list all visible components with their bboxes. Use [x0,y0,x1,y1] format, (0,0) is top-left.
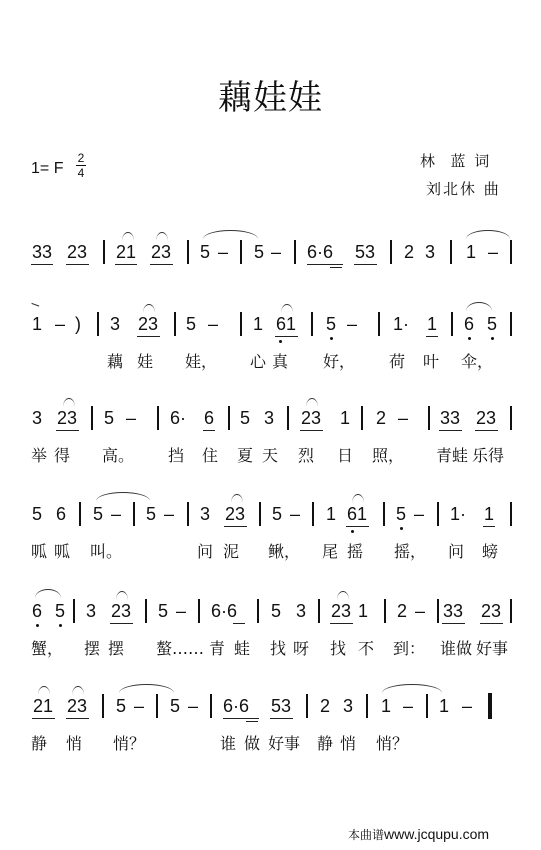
barline [426,694,428,718]
note: 5 [170,696,180,716]
dash: – [164,504,174,524]
lyric: 螯…… [156,636,204,659]
lyric: 举 [31,443,47,466]
dash: – [290,504,300,524]
barline [145,599,147,623]
lyric: 悄？ [376,731,408,754]
barline [384,599,386,623]
lyric: 悄？ [113,731,145,754]
slur [122,232,134,241]
underline [275,336,298,337]
note: 1 [466,242,476,262]
note: 1 [439,696,449,716]
lyric: 荷 [389,349,405,372]
lyric: 高。 [102,443,134,466]
barline [79,502,81,526]
lower-octave-dot [468,337,471,340]
note: 3 [343,696,353,716]
lyric: 青 [209,636,225,659]
barline [311,312,313,336]
note: 1 [340,408,350,428]
lower-octave-dot [36,624,39,627]
lyric: 叫。 [90,539,122,562]
lower-octave-dot [279,340,282,343]
lyric: 娃， [185,349,217,372]
underline [224,526,247,527]
watermark-label: 本曲谱 [348,828,384,842]
barline [318,599,320,623]
barline [198,599,200,623]
lyric: 悄 [340,731,356,754]
lyric: 呱 [31,539,47,562]
barline [103,240,105,264]
slur [156,232,168,241]
dash: – [218,242,228,262]
lyric: 得 [54,443,70,466]
note: 5 [32,504,42,524]
barline [157,406,159,430]
dash: – [415,601,425,621]
barline [306,694,308,718]
barline [510,406,512,430]
barline [240,312,242,336]
barline [287,406,289,430]
dash: – [176,601,186,621]
note: 5 [158,601,168,621]
barline [437,599,439,623]
note: 2 [397,601,407,621]
lyric: 摇 [347,539,363,562]
lyric: 呱 [54,539,70,562]
note: 23 [138,314,158,334]
note: 3 [110,314,120,334]
score-row-2: 1 – ) 3 23 5 – 1 61 5 – 1· 1 6 5 藕 娃 娃， … [0,314,541,404]
note: 6·6 [223,696,249,716]
note: 5 [396,504,406,524]
note: 6·6 [307,242,333,262]
note: 23 [67,242,87,262]
lyric: 蛙 [234,636,250,659]
barline [510,599,512,623]
lyric: 娃 [137,349,153,372]
note: 6· [170,408,186,428]
note: 5 [240,408,250,428]
underline [66,718,89,719]
note: 23 [301,408,321,428]
note: 5 [146,504,156,524]
note: 5 [272,504,282,524]
lyric: 找 [270,636,286,659]
barline [187,502,189,526]
note: 6 [56,504,66,524]
score-row-6: 21 23 5 – 5 – 6·6 53 2 3 1 – 1 – 静 悄 悄？ … [0,696,541,786]
note: 1 [253,314,263,334]
note: 5 [254,242,264,262]
lyric: 摇， [394,539,426,562]
lyric: 摆 [108,636,124,659]
note: 6 [204,408,214,428]
barline [156,694,158,718]
lyric: 静 [31,731,47,754]
barline [133,502,135,526]
watermark-site[interactable]: www.jcqupu.com [384,826,489,842]
dash: – [208,314,218,334]
tie [466,230,510,239]
dash: – [271,242,281,262]
note: 33 [440,408,460,428]
barline [510,240,512,264]
barline [210,694,212,718]
underline [56,430,79,431]
note: 2 [404,242,414,262]
note: 21 [116,242,136,262]
lyric: 好事 [476,636,508,659]
lower-octave-dot [491,337,494,340]
lyric: 烈 [298,443,314,466]
barline [428,406,430,430]
double-underline [246,721,258,722]
barline [91,406,93,430]
time-sig-denominator: 4 [78,166,85,180]
underline [115,264,137,265]
barline [361,406,363,430]
underline [442,623,465,624]
note: 3 [86,601,96,621]
lyric: 悄 [66,731,82,754]
lyric: 不 [358,636,374,659]
note: 5 [487,314,497,334]
underline [31,264,53,265]
dash: – [55,314,65,334]
underline [150,264,173,265]
lyric: 摆 [84,636,100,659]
underline [475,430,498,431]
lyric: 螃 [482,539,498,562]
barline [312,502,314,526]
note: 5 [104,408,114,428]
note: 6 [464,314,474,334]
note: 5 [55,601,65,621]
time-signature: 2 4 [76,152,86,179]
underline [223,718,259,719]
underline [66,264,89,265]
lyric: 到： [393,636,425,659]
note: 53 [271,696,291,716]
underline [426,336,438,337]
barline [259,502,261,526]
note: 23 [111,601,131,621]
lyric: 住 [202,443,218,466]
underline [330,623,353,624]
note: 5 [186,314,196,334]
barline [294,240,296,264]
score-row-4: 5 6 5 – 5 – 3 23 5 – 1 61 5 – 1· 1 呱 呱 叫… [0,504,541,594]
underline [483,526,495,527]
lyric: 鳅， [268,539,300,562]
note: 1 [326,504,336,524]
lyric: 问 [448,539,464,562]
underline [346,526,369,527]
lyric: 叶 [423,349,439,372]
barline [187,240,189,264]
lyric: 伞， [461,349,493,372]
note: 61 [276,314,296,334]
lyric: 藕 [107,349,123,372]
note: 23 [481,601,501,621]
barline [510,502,512,526]
note: 23 [225,504,245,524]
score-row-3: 3 23 5 – 6· 6 5 3 23 1 2 – 33 23 举 得 高。 … [0,408,541,498]
barline [366,694,368,718]
composer-credit: 刘北休 曲 [426,178,501,199]
lyric: 问 [197,539,213,562]
barline [378,312,380,336]
note: 61 [347,504,367,524]
lyric: 夏 [237,443,253,466]
note: 21 [33,696,53,716]
dash: – [188,696,198,716]
lyric: 好事 [268,731,300,754]
lyric: 尾 [322,539,338,562]
underline [110,623,133,624]
barline [102,694,104,718]
note: 5 [271,601,281,621]
note: 3 [264,408,274,428]
song-title: 藕娃娃 [0,70,541,119]
note: 1 [32,314,42,334]
barline [228,406,230,430]
time-sig-numerator: 2 [78,151,85,165]
dash: – [414,504,424,524]
lyric: 心 [250,349,266,372]
barline [240,240,242,264]
note: 23 [151,242,171,262]
barline [174,312,176,336]
underline [233,623,245,624]
note: 2 [376,408,386,428]
underline [270,718,293,719]
lyric: 找 [330,636,346,659]
watermark: 本曲谱www.jcqupu.com [348,826,489,843]
note: 1 [484,504,494,524]
underline [203,430,215,431]
note: 3 [32,408,42,428]
lyric: 谁做 [440,636,472,659]
note: 1 [358,601,368,621]
double-underline [330,267,342,268]
note: 1 [427,314,437,334]
underline [439,430,462,431]
barline [437,502,439,526]
note: 23 [331,601,351,621]
lyric: 静 [317,731,333,754]
underline [354,264,377,265]
note: 1· [450,504,466,524]
lyric: 谁 [220,731,236,754]
note: 1 [381,696,391,716]
note: 5 [116,696,126,716]
lyric: 日 [337,443,353,466]
lyric: 呀 [293,636,309,659]
lyric: 蟹， [31,636,63,659]
dash: – [347,314,357,334]
dash: – [134,696,144,716]
close-paren: ) [75,314,81,334]
lyric: 真 [272,349,288,372]
lower-octave-dot [59,624,62,627]
barline [97,312,99,336]
barline [450,240,452,264]
lyric: 天 [262,443,278,466]
dash: – [111,504,121,524]
note: 23 [67,696,87,716]
note: 5 [93,504,103,524]
note: 2 [320,696,330,716]
note: 6 [32,601,42,621]
note: 23 [476,408,496,428]
barline [390,240,392,264]
lyric: 泥 [223,539,239,562]
note: 33 [443,601,463,621]
dash: – [488,242,498,262]
barline [257,599,259,623]
lyric: 青蛙 [436,443,468,466]
lyric: 挡 [168,443,184,466]
score-row-5: 6 5 3 23 5 – 6·6 5 3 23 1 2 – 33 23 蟹， 摆… [0,601,541,691]
lyric: 照， [372,443,404,466]
note: 1· [393,314,409,334]
underline [300,430,323,431]
key-signature: 1= F [31,160,63,178]
lyric: 做 [244,731,260,754]
underline [307,264,343,265]
barline [383,502,385,526]
lower-octave-dot [400,527,403,530]
note: 23 [57,408,77,428]
lyric: 好， [323,349,355,372]
underline [480,623,503,624]
final-barline [488,693,492,719]
barline [451,312,453,336]
dash: – [462,696,472,716]
note: 3 [425,242,435,262]
note: 33 [32,242,52,262]
note: 6·6 [211,601,237,621]
note: 3 [200,504,210,524]
note: 5 [200,242,210,262]
barline [73,599,75,623]
tie [203,230,258,239]
lyricist-credit: 林 蓝 词 [420,150,491,171]
note: 53 [355,242,375,262]
underline [137,336,160,337]
lyric: 乐得 [472,443,504,466]
note: 3 [296,601,306,621]
dash: – [126,408,136,428]
underline [32,718,55,719]
dash: – [398,408,408,428]
note: 5 [326,314,336,334]
lower-octave-dot [351,530,354,533]
dash: – [403,696,413,716]
lower-octave-dot [330,337,333,340]
barline [510,312,512,336]
